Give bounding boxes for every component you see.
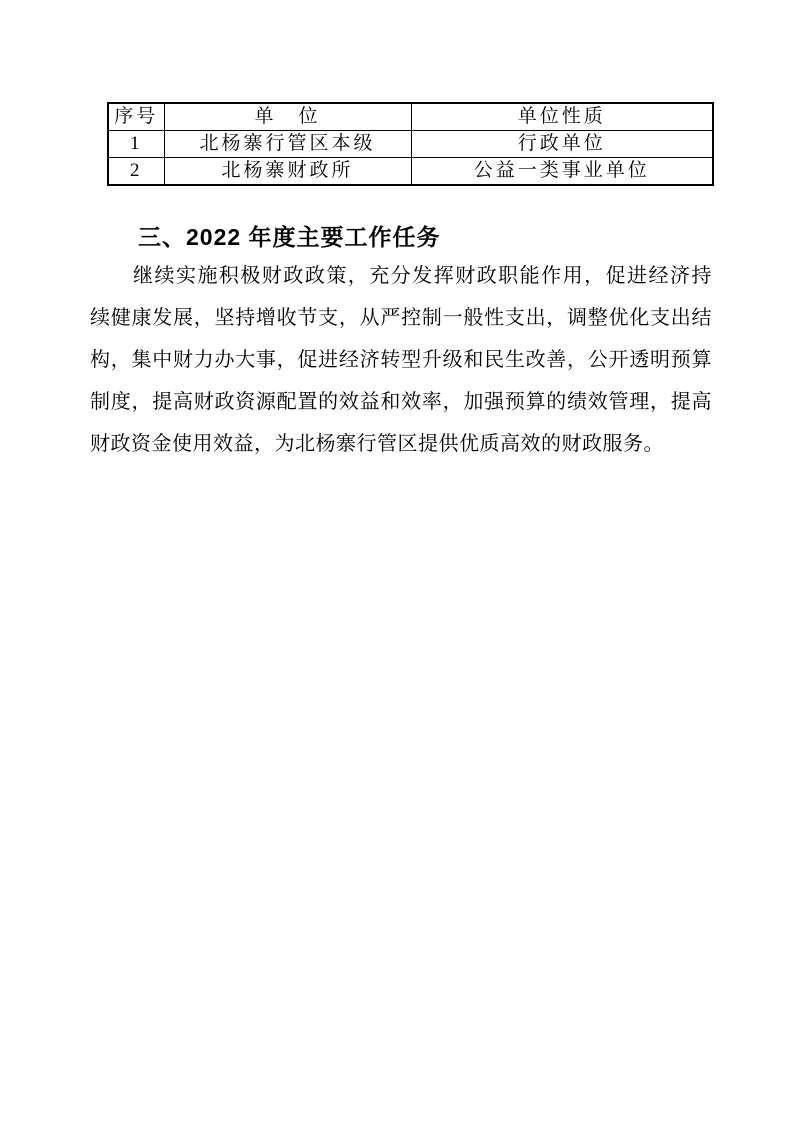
col-header-unit: 单 位	[164, 103, 411, 131]
cell-unit: 北杨寨行管区本级	[164, 131, 411, 158]
table-row: 2 北杨寨财政所 公益一类事业单位	[108, 158, 713, 186]
col-header-nature: 单位性质	[411, 103, 713, 131]
cell-serial: 1	[108, 131, 164, 158]
table-header-row: 序号 单 位 单位性质	[108, 103, 713, 131]
paragraph-line: 继续实施积极财政政策，充分发挥财政职能作用，促进经济持	[90, 255, 712, 297]
col-header-serial: 序号	[108, 103, 164, 131]
table-row: 1 北杨寨行管区本级 行政单位	[108, 131, 713, 158]
cell-nature: 公益一类事业单位	[411, 158, 713, 186]
cell-serial: 2	[108, 158, 164, 186]
cell-nature: 行政单位	[411, 131, 713, 158]
paragraph-line: 续健康发展，坚持增收节支，从严控制一般性支出，调整优化支出结	[90, 297, 712, 339]
section-heading: 三、2022 年度主要工作任务	[138, 222, 441, 252]
paragraph-line: 构，集中财力办大事，促进经济转型升级和民生改善，公开透明预算	[90, 339, 712, 381]
units-table: 序号 单 位 单位性质 1 北杨寨行管区本级 行政单位 2 北杨寨财政所 公益一…	[107, 102, 714, 186]
paragraph-line: 制度，提高财政资源配置的效益和效率，加强预算的绩效管理，提高	[90, 381, 712, 423]
cell-unit: 北杨寨财政所	[164, 158, 411, 186]
body-paragraph: 继续实施积极财政政策，充分发挥财政职能作用，促进经济持 续健康发展，坚持增收节支…	[90, 255, 712, 465]
paragraph-line: 财政资金使用效益，为北杨寨行管区提供优质高效的财政服务。	[90, 423, 712, 465]
document-page: 序号 单 位 单位性质 1 北杨寨行管区本级 行政单位 2 北杨寨财政所 公益一…	[0, 0, 793, 1122]
